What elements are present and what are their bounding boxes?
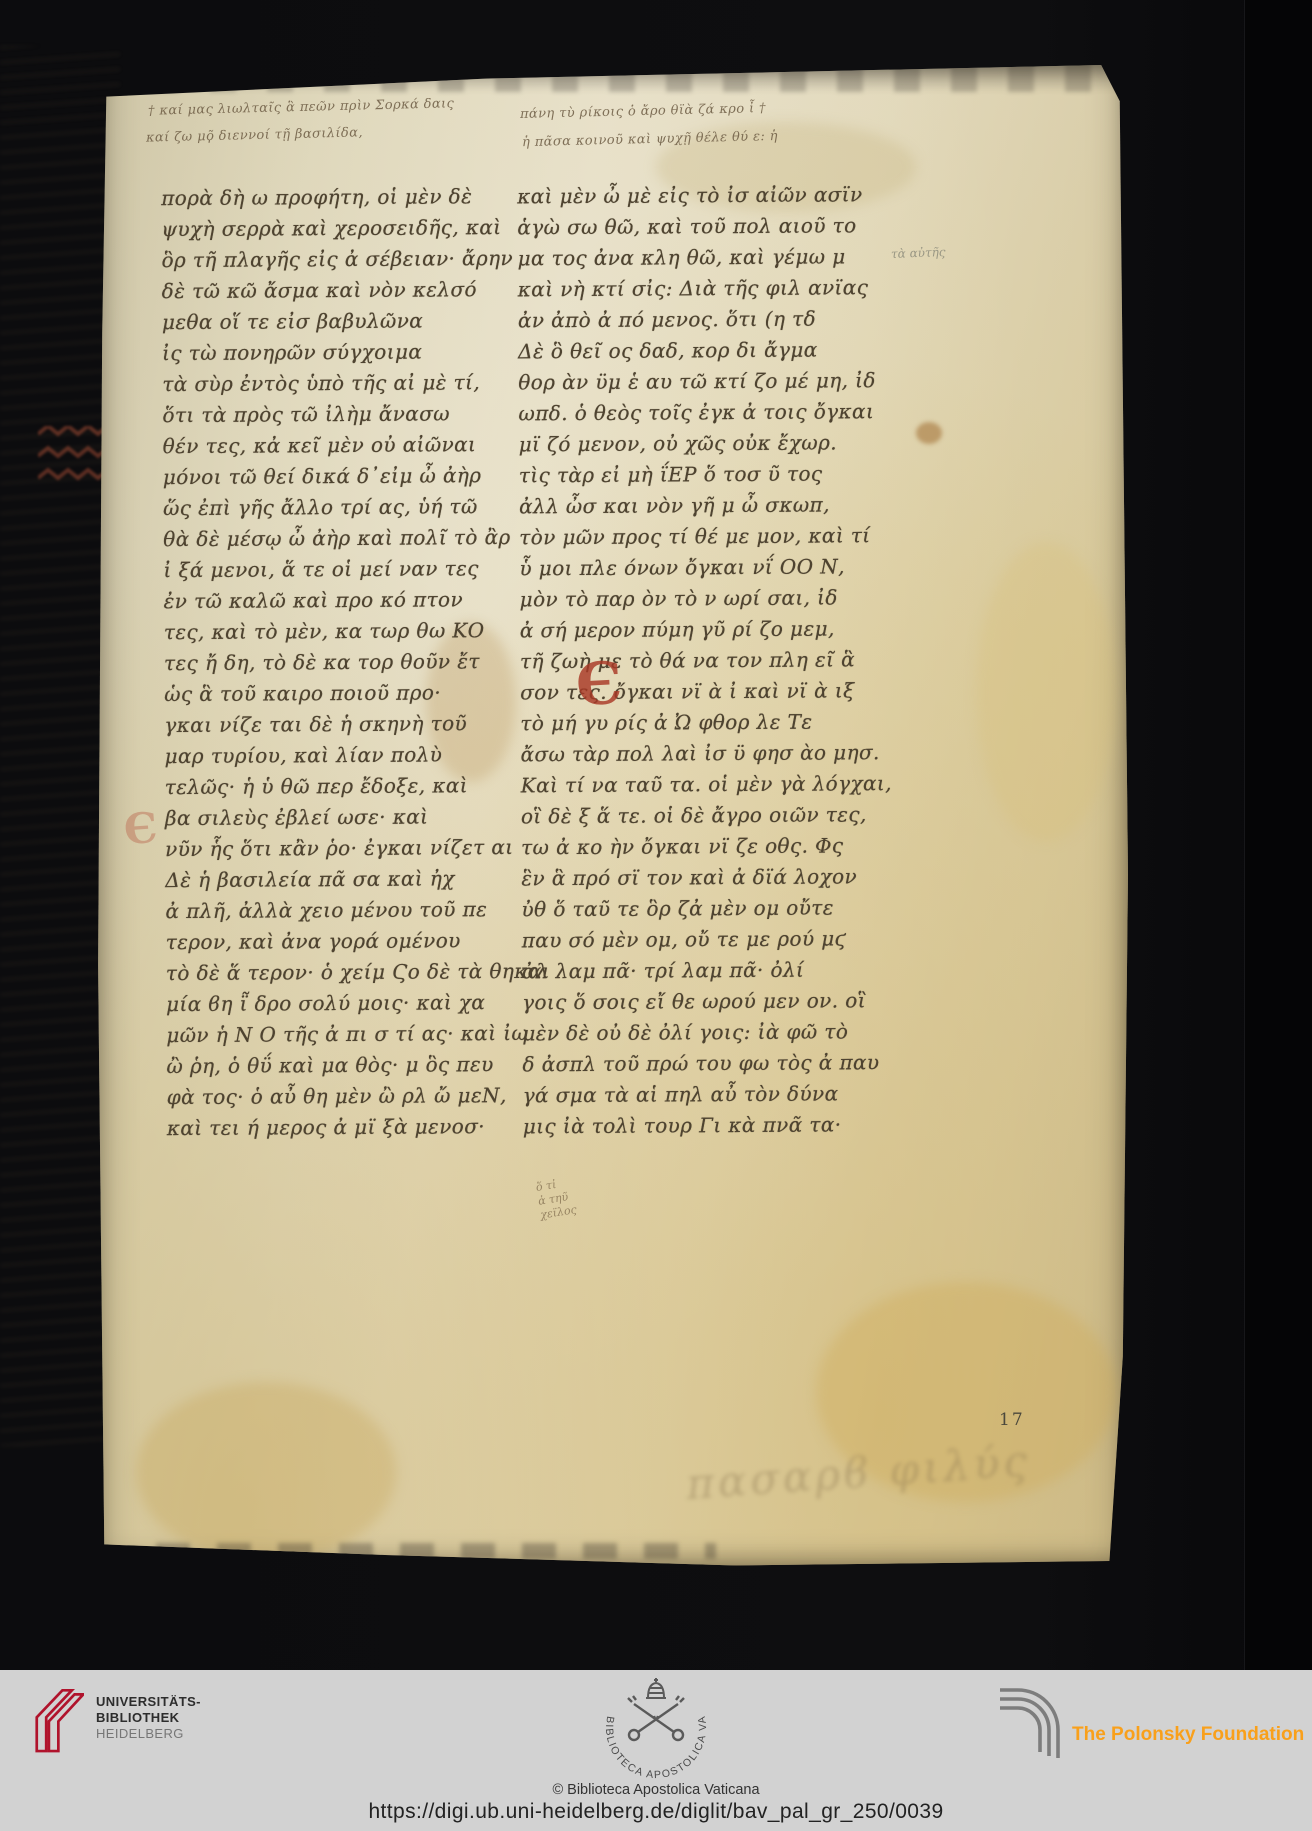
manuscript-line: γκαι νίζε ται δὲ ἡ σκηνὴ τοῦ	[164, 708, 534, 741]
stain	[976, 542, 1116, 842]
ub-line2: BIBLIOTHEK	[96, 1710, 201, 1726]
manuscript-line: ὐθ ὅ ταῦ τε ὃρ ζἀ μὲν ομ οὔτε	[521, 892, 971, 926]
manuscript-line: ἀ σή μερον πύμη γῦ ρί ζο μεμ,	[520, 613, 970, 647]
manuscript-line: μία ϐη ῗ δρο σολύ μοις· καὶ χα	[166, 987, 536, 1020]
manuscript-line: θὰ δὲ μέσῳ ὦ ἀὴρ καὶ πολῖ τὸ ἂρ	[163, 522, 533, 555]
manuscript-line: γά σμα τὰ αἱ πηλ αὖ τὸν δύνα	[523, 1078, 973, 1112]
manuscript-line: μῶν ἡ Ν Ο τῆς ἀ πι σ τί ας· καὶ ἰω	[166, 1018, 536, 1051]
manuscript-line: τὶς τὰρ εἰ μὴ ΐΕΡ ὅ τοσ ῦ τος	[519, 458, 969, 492]
manuscript-line: τες, καὶ τὸ μὲν, κα τωρ θω ΚΟ	[164, 615, 534, 648]
quire-signature: Κγ	[1131, 91, 1155, 112]
manuscript-line: τω ἀ κο ὴν ὄγκαι νϊ ζε οθς. Φς	[521, 830, 971, 864]
scan-cradle-seam	[1244, 0, 1312, 1670]
manuscript-line: μις ἰὰ τολὶ τουρ Γι κὰ πνᾶ τα·	[523, 1109, 973, 1143]
manuscript-line: θέν τες, κἀ κεῖ μὲν οὐ αἰῶναι	[163, 429, 533, 462]
manuscript-line: Δὲ ἡ βασιλεία πᾶ σα καὶ ἠχ	[165, 863, 535, 896]
text-column-left: πορὰ δὴ ω προφήτη, οἱ μὲν δὲψυχὴ σερρὰ κ…	[161, 181, 537, 1144]
manuscript-line: ὥς ἐπὶ γῆς ἄλλο τρί ας, ὑή τῶ	[163, 491, 533, 524]
manuscript-line: ὡς ἃ τοῦ καιρο ποιοῦ προ·	[164, 677, 534, 710]
page-number: 17	[999, 1410, 1025, 1430]
manuscript-line: Δὲ ὃ θεῖ ος δαδ, κορ δι ἄγμα	[518, 334, 968, 368]
manuscript-line: καὶ μὲν ὦ μὲ εἰς τὸ ἰσ αἰῶν ασϊν	[517, 179, 967, 213]
manuscript-line: καὶ τει ή μερος ἀ μϊ ξὰ μενοσ·	[167, 1111, 537, 1144]
copyright-line: © Biblioteca Apostolica Vaticana	[0, 1782, 1312, 1798]
manuscript-page: Κγ † καί μας λιωλταῖς ἃ πεῶν πρὶν Σορκά …	[96, 62, 1128, 1567]
footer-bar: UNIVERSITÄTS- BIBLIOTHEK HEIDELBERG	[0, 1670, 1312, 1831]
manuscript-line: ἀλλ ὦσ και νὸν γῆ μ ὦ σκωπ,	[519, 489, 969, 523]
manuscript-line: ἓν ἃ πρό σϊ τον καὶ ἀ δϊά λοχον	[521, 861, 971, 895]
manuscript-line: ἀν ἀπὸ ἀ πό μενος. ὅτι (η τδ	[518, 303, 968, 337]
polonsky-label: The Polonsky Foundation	[1072, 1724, 1304, 1746]
manuscript-line: Καὶ τί να ταῦ τα. οἱ μὲν γὰ λόγχαι,	[521, 768, 971, 802]
manuscript-line: οἳ δὲ ξ ἅ τε. οἱ δὲ ἄγρο οιῶν τες,	[521, 799, 971, 833]
manuscript-line: μα τος ἀνα κλη θῶ, καὶ γέμω μ	[517, 241, 967, 275]
manuscript-line: ψυχὴ σερρὰ καὶ χεροσειδῆς, καὶ	[161, 212, 531, 245]
manuscript-photo: Κγ † καί μας λιωλταῖς ἃ πεῶν πρὶν Σορκά …	[0, 0, 1312, 1670]
manuscript-line: ὃρ τῆ πλαγῆς εἰς ἀ σέβειαν· ἄρην	[161, 243, 531, 276]
header-note-left-line2: καί ζω μϙ̃ διεννοί τῇ βασιλίδα,	[146, 121, 363, 150]
stain	[136, 1382, 396, 1562]
manuscript-line: ἄσω τὰρ πολ λαὶ ἰσ ϋ φησ ὰο μησ.	[520, 737, 970, 771]
intercolumn-note: ὅ τἰ ἀ τηῦ χεϊλος	[535, 1175, 578, 1222]
vatican-library-emblem: BIBLIOTECA APOSTOLICA VATICANA	[576, 1676, 736, 1786]
digitized-manuscript-viewer: Κγ † καί μας λιωλταῖς ἃ πεῶν πρὶν Σορκά …	[0, 0, 1312, 1831]
manuscript-line: θορ ὰν ϋμ ἑ αυ τῶ κτί ζο μέ μη, ἰδ	[518, 365, 968, 399]
ub-line3: HEIDELBERG	[96, 1726, 201, 1742]
manuscript-line: μαρ τυρίου, καὶ λίαν πολὺ	[164, 739, 534, 772]
manuscript-line: τες ἤ δη, τὸ δὲ κα τορ θοῦν ἔτ	[164, 646, 534, 679]
manuscript-line: τὰ σὺρ ἐντὸς ὑπὸ τῆς αἰ μὲ τί,	[162, 367, 532, 400]
manuscript-line: τερον, καὶ ἀνα γορά ομένου	[166, 925, 536, 958]
manuscript-line: γοις ὅ σοις εἴ θε ωρού μεν ον. οἳ	[522, 985, 972, 1019]
manuscript-line: ἰ ξά μενοι, ἅ τε οἱ μεί ναν τες	[163, 553, 533, 586]
manuscript-line: μὸν τὸ παρ ὸν τὸ ν ωρί σαι, ἰδ	[520, 582, 970, 616]
rubricated-initial-left: Є	[122, 803, 159, 854]
manuscript-line: ἀλ λαμ πᾶ· τρί λαμ πᾶ· ὀλί	[522, 954, 972, 988]
manuscript-line: καὶ νὴ κτί σἰς: Διὰ τῆς φιλ ανϊας	[518, 272, 968, 306]
manuscript-line: τὸ δὲ ἅ τερον· ὁ χείμ Ϛο δὲ τὰ θηκαι	[166, 956, 536, 989]
manuscript-line: δ ἀσπλ τοῦ πρώ του φω τὸς ἀ παυ	[522, 1047, 972, 1081]
header-note-left-line1: † καί μας λιωλταῖς ἃ πεῶν πρὶν Σορκά δαι…	[148, 92, 455, 123]
manuscript-line: ὅτι τὰ πρὸς τῶ ἰλὴμ ἄνασω	[162, 398, 532, 431]
manuscript-line: τὸν μῶν προς τί θέ με μον, καὶ τί	[519, 520, 969, 554]
ub-heidelberg-logo: UNIVERSITÄTS- BIBLIOTHEK HEIDELBERG	[30, 1684, 201, 1756]
ub-line1: UNIVERSITÄTS-	[96, 1694, 201, 1710]
ub-heidelberg-book-icon	[30, 1684, 84, 1756]
manuscript-line: ἐν τῶ καλῶ καὶ προ κό πτον	[164, 584, 534, 617]
polonsky-arcs-icon	[998, 1682, 1064, 1760]
manuscript-line: μεθα οἵ τε εἰσ βαβυλῶνα	[162, 305, 532, 338]
manuscript-line: νῦν ἧς ὅτι κἂν ῥο· ἐγκαι νίζετ αι	[165, 832, 535, 865]
manuscript-line: ἰς τὼ πονηρῶν σύγχοιμα	[162, 336, 532, 369]
manuscript-line: τελῶς· ἡ ὑ θῶ περ ἔδοξε, καὶ	[165, 770, 535, 803]
header-note-right-line1: πάνη τὺ ρίκοις ὁ ἄρο θϊὰ ζά κρο ἶ †	[520, 97, 766, 127]
manuscript-line: φὰ τος· ὁ αὖ θη μὲν ὢ ρλ ὤ μεΝ,	[167, 1080, 537, 1113]
polonsky-foundation-logo: The Polonsky Foundation	[998, 1682, 1304, 1760]
manuscript-line: ὢ ῥη, ὁ θΰ καὶ μα θὸς· μ ὃς πευ	[166, 1049, 536, 1082]
rubricated-initial-right: Є	[574, 649, 624, 719]
ub-heidelberg-wordmark: UNIVERSITÄTS- BIBLIOTHEK HEIDELBERG	[96, 1684, 201, 1756]
manuscript-line: ὗ μοι πλε όνων ὄγκαι νΐ ΟΟ Ν,	[519, 551, 969, 585]
manuscript-line: δὲ τῶ κῶ ἄσμα καὶ νὸν κελσό	[162, 274, 532, 307]
source-url: https://digi.ub.uni-heidelberg.de/diglit…	[0, 1800, 1312, 1824]
manuscript-line: ἁγὼ σω θῶ, καὶ τοῦ πολ αιοῦ το	[517, 210, 967, 244]
manuscript-line: μϊ ζό μενον, οὐ χῶς οὐκ ἔχωρ.	[519, 427, 969, 461]
manuscript-line: ωπδ. ὁ θεὸς τοῖς ἐγκ ἀ τοις ὄγκαι	[518, 396, 968, 430]
manuscript-line: μόνοι τῶ θεί δικά δ᾽εἰμ ὦ ἀὴρ	[163, 460, 533, 493]
manuscript-line: βα σιλεὺς ἐβλεί ωσε· καὶ	[165, 801, 535, 834]
manuscript-line: μὲν δὲ οὐ δὲ ὀλί γοις: ἰὰ φῶ τὸ	[522, 1016, 972, 1050]
manuscript-line: ἀ πλῆ, ἀλλὰ χειο μένου τοῦ πε	[165, 894, 535, 927]
manuscript-line: παυ σό μὲν ομ, οὔ τε με ρού μϛ	[522, 923, 972, 957]
manuscript-line: πορὰ δὴ ω προφήτη, οἱ μὲν δὲ	[161, 181, 531, 214]
